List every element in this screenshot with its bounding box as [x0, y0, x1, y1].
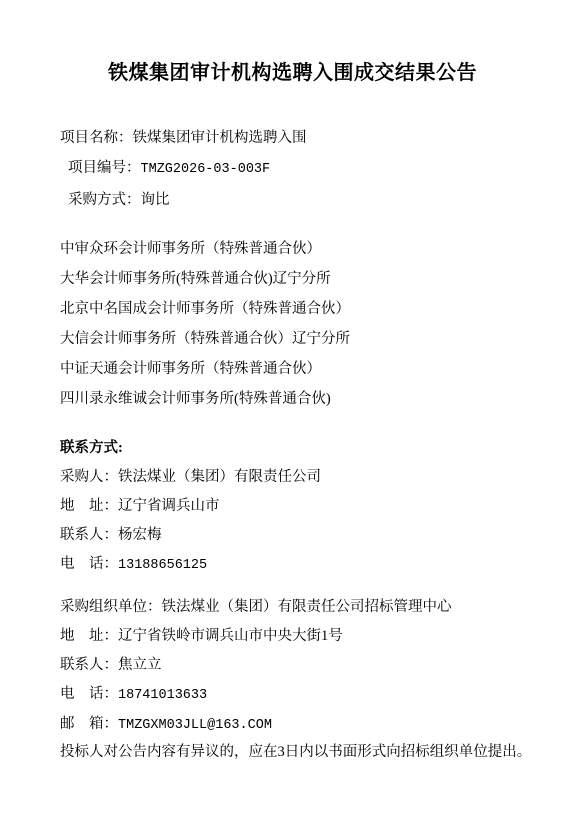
project-number-line: 项目编号：TMZG2026-03-003F — [60, 153, 540, 185]
organizer-line: 采购组织单位：铁法煤业（集团）有限责任公司招标管理中心 — [60, 593, 540, 622]
organizer-phone-label: 电 话： — [60, 686, 118, 702]
organizer-label: 采购组织单位： — [60, 599, 162, 615]
purchaser-contact-person-line: 联系人：杨宏梅 — [60, 521, 540, 550]
objection-note: 投标人对公告内容有异议的，应在3日内以书面形式向招标组织单位提出。 — [60, 740, 540, 764]
organizer-contact-person-line: 联系人：焦立立 — [60, 651, 540, 680]
purchaser-label: 采购人： — [60, 469, 118, 485]
organizer-phone-line: 电 话：18741013633 — [60, 680, 540, 710]
purchaser-address-label: 地 址： — [60, 498, 118, 514]
project-number-value: TMZG2026-03-003F — [141, 162, 271, 177]
announcement-page: 铁煤集团审计机构选聘入围成交结果公告 项目名称：铁煤集团审计机构选聘入围 项目编… — [0, 0, 585, 828]
project-name-label: 项目名称： — [60, 130, 133, 146]
winning-firm-item: 大华会计师事务所(特殊普通合伙)辽宁分所 — [60, 264, 540, 294]
procurement-method-label: 采购方式： — [68, 192, 141, 208]
organizer-email-line: 邮 箱：TMZGXM03JLL@163.COM — [60, 710, 540, 740]
purchaser-value: 铁法煤业（集团）有限责任公司 — [118, 469, 321, 485]
purchaser-address-line: 地 址：辽宁省调兵山市 — [60, 492, 540, 521]
organizer-address-label: 地 址： — [60, 628, 118, 644]
organizer-address-line: 地 址：辽宁省铁岭市调兵山市中央大街1号 — [60, 622, 540, 651]
organizer-contact-section: 采购组织单位：铁法煤业（集团）有限责任公司招标管理中心 地 址：辽宁省铁岭市调兵… — [60, 593, 540, 764]
organizer-value: 铁法煤业（集团）有限责任公司招标管理中心 — [162, 599, 452, 615]
purchaser-contact-section: 联系方式: 采购人：铁法煤业（集团）有限责任公司 地 址：辽宁省调兵山市 联系人… — [60, 434, 540, 580]
organizer-phone-value: 18741013633 — [118, 688, 207, 703]
procurement-method-value: 询比 — [141, 192, 170, 208]
organizer-contact-person-label: 联系人： — [60, 657, 118, 673]
organizer-email-label: 邮 箱： — [60, 716, 118, 732]
project-number-label: 项目编号： — [68, 160, 141, 176]
winning-firms-list: 中审众环会计师事务所（特殊普通合伙） 大华会计师事务所(特殊普通合伙)辽宁分所 … — [60, 234, 540, 414]
project-name-line: 项目名称：铁煤集团审计机构选聘入围 — [60, 123, 540, 153]
organizer-address-value: 辽宁省铁岭市调兵山市中央大街1号 — [118, 628, 343, 644]
purchaser-contact-person-label: 联系人： — [60, 527, 118, 543]
project-info-section: 项目名称：铁煤集团审计机构选聘入围 项目编号：TMZG2026-03-003F … — [60, 123, 540, 215]
winning-firm-item: 中审众环会计师事务所（特殊普通合伙） — [60, 234, 540, 264]
winning-firm-item: 大信会计师事务所（特殊普通合伙）辽宁分所 — [60, 324, 540, 354]
winning-firm-item: 北京中名国成会计师事务所（特殊普通合伙） — [60, 294, 540, 324]
purchaser-line: 采购人：铁法煤业（集团）有限责任公司 — [60, 463, 540, 492]
page-title: 铁煤集团审计机构选聘入围成交结果公告 — [0, 0, 585, 85]
purchaser-phone-label: 电 话： — [60, 556, 118, 572]
purchaser-address-value: 辽宁省调兵山市 — [118, 498, 220, 514]
purchaser-phone-line: 电 话：13188656125 — [60, 550, 540, 580]
winning-firm-item: 四川录永维诚会计师事务所(特殊普通合伙) — [60, 384, 540, 414]
contact-section-heading: 联系方式: — [60, 434, 540, 463]
organizer-email-value: TMZGXM03JLL@163.COM — [118, 718, 272, 733]
winning-firm-item: 中证天通会计师事务所（特殊普通合伙） — [60, 354, 540, 384]
purchaser-contact-person-value: 杨宏梅 — [118, 527, 162, 543]
purchaser-phone-value: 13188656125 — [118, 558, 207, 573]
organizer-contact-person-value: 焦立立 — [118, 657, 162, 673]
project-name-value: 铁煤集团审计机构选聘入围 — [133, 130, 307, 146]
procurement-method-line: 采购方式：询比 — [60, 185, 540, 215]
